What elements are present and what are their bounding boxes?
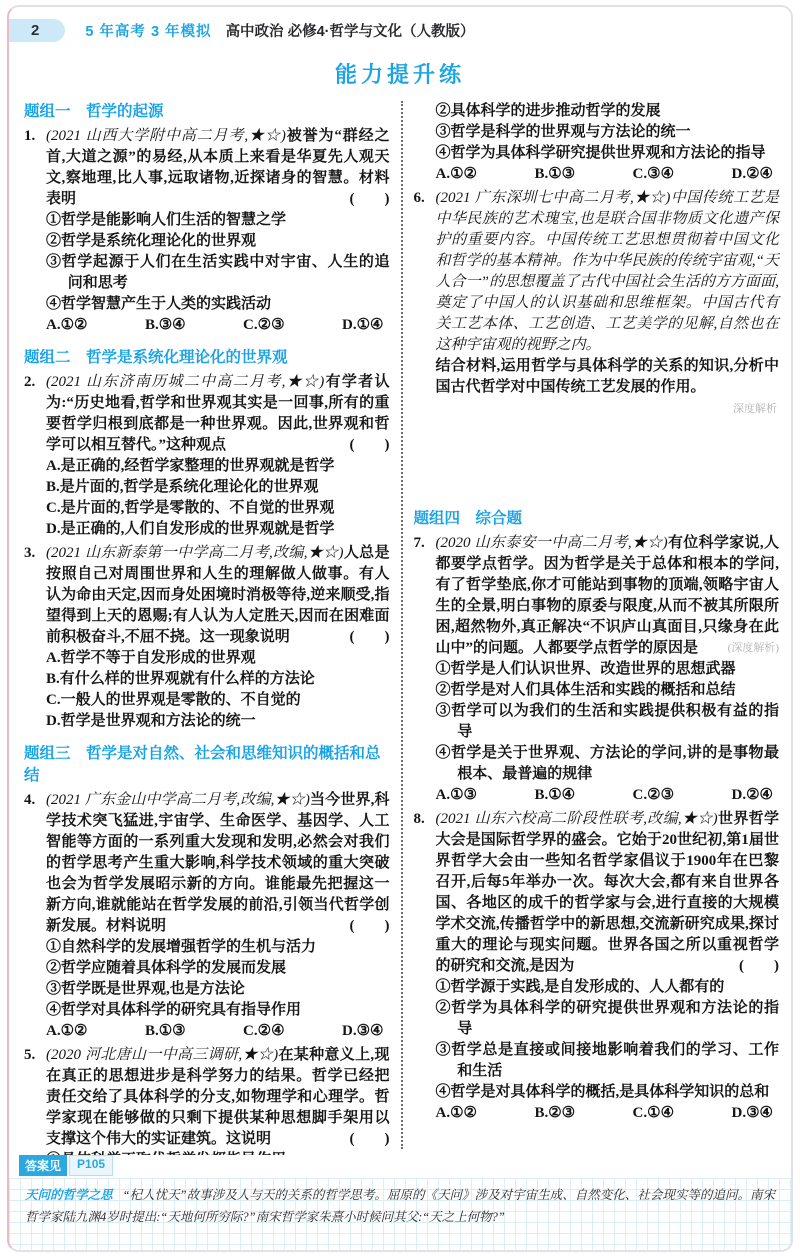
answer-bracket: ( ) [350,189,390,210]
option-d: D.①④ [342,315,383,336]
choice-item: ①哲学是能影响人们生活的智慧之学 [46,210,390,231]
option-row: A.①② B.①③ C.②④ D.③④ [46,1021,390,1042]
option-d: D.③④ [342,1021,383,1042]
choice-item: ①哲学源于实践,是自发形成的、人人都有的 [436,977,780,998]
footer-note-paragraph: 天问的哲学之思“杞人忧天”故事涉及人与天的关系的哲学思考。屈原的《天问》涉及对宇… [25,1184,775,1228]
choice-item: ③哲学起源于人们在生活实践中对宇宙、人生的追问和思考 [46,252,390,294]
option-b: B.有什么样的世界观就有什么样的方法论 [46,669,390,690]
option-row: A.①② B.②③ C.①④ D.③④ [436,1103,780,1124]
question-source: (2021 山西大学附中高二月考,★☆) [46,128,286,144]
choice-item: ①哲学是人们认识世界、改造世界的思想武器 [436,659,780,680]
page-number: 2 [9,19,65,42]
choice-item: ④哲学是关于世界观、方法论的学问,讲的是事物最根本、最普遍的规律 [436,743,780,785]
option-b: B.②③ [534,1103,575,1124]
option-d: D.②④ [731,164,772,185]
option-d: D.②④ [731,785,772,806]
left-column: 题组一 哲学的起源 1. (2021 山西大学附中高二月考,★☆)被誉为“群经之… [24,99,399,1155]
passage-text: 中国传统工艺是中华民族的艺术瑰宝,也是联合国非物质文化遗产保护的重要内容。中国传… [436,190,780,353]
answer-bracket: ( ) [350,435,390,456]
answer-bracket: ( ) [350,916,390,937]
option-a: A.①② [436,164,477,185]
question-source: (2021 山东六校高二阶段性联考,改编,★☆) [436,811,718,827]
choice-item: ④哲学智慧产生于人类的实践活动 [46,294,390,315]
option-row: A.①② B.①③ C.③④ D.②④ [436,164,780,185]
option-c: C.③④ [633,164,674,185]
question-task: 结合材料,运用哲学与具体科学的关系的知识,分析中国古代哲学对中国传统工艺发展的作… [436,356,780,398]
option-d: D.是正确的,人们自发形成的世界观就是哲学 [46,519,390,540]
question-6: 6. (2021 广东深圳七中高二月考,★☆)中国传统工艺是中华民族的艺术瑰宝,… [414,188,780,420]
choice-item: ②具体科学的进步推动哲学的发展 [436,101,780,122]
question-source: (2021 山东济南历城二中高二月考,★☆) [46,374,324,390]
page-footer: 答案见 P105 天问的哲学之思“杞人忧天”故事涉及人与天的关系的哲学思考。屈原… [9,1155,791,1250]
page-header: 2 5 年高考 3 年模拟 高中政治 必修4·哲学与文化（人教版） [9,7,791,42]
option-a: A.①② [46,315,87,336]
choice-item: ③哲学总是直接或间接地影响着我们的学习、工作和生活 [436,1040,780,1082]
series-title: 5 年高考 3 年模拟 [85,20,211,41]
answer-reference: 答案见 P105 [19,1155,791,1176]
option-c: C.②③ [633,785,674,806]
choice-item: ③哲学是科学的世界观与方法论的统一 [436,122,780,143]
column-divider [401,101,403,1149]
option-d: D.③④ [731,1103,772,1124]
book-title: 高中政治 必修4·哲学与文化（人教版） [226,20,475,41]
answer-bracket: ( ) [350,627,390,648]
question-stem: (2021 山东新泰第一中学高二月考,改编,★☆)人总是按照自己对周围世界和人生… [46,543,390,648]
question-stem: (2021 山东六校高二阶段性联考,改编,★☆)世界哲学大会是国际哲学界的盛会。… [436,809,780,977]
choice-item: ④哲学对具体科学的研究具有指导作用 [46,1000,390,1021]
question-stem: (2020 山东泰安一中高二月考,★☆)有位科学家说,人都要学点哲学。因为哲学是… [436,533,780,659]
question-source: (2021 山东新泰第一中学高二月考,改编,★☆) [46,545,344,561]
option-c: C.是片面的,哲学是零散的、不自觉的世界观 [46,498,390,519]
question-5-continued: ②具体科学的进步推动哲学的发展 ③哲学是科学的世界观与方法论的统一 ④哲学为具体… [414,101,780,185]
option-a: A.①③ [436,785,477,806]
deep-analysis-line: 深度解析 [436,398,780,420]
question-4: 4. (2021 广东金山中学高二月考,改编,★☆)当今世界,科学技术突飞猛进,… [24,790,390,1042]
question-number: 3. [24,543,35,564]
question-source: (2020 河北唐山一中高三调研,★☆) [46,1047,278,1063]
option-c: C.②④ [243,1021,284,1042]
option-c: C.②③ [243,315,284,336]
group-heading-3: 题组三 哲学是对自然、社会和思维知识的概括和总结 [24,741,390,785]
option-b: B.③④ [145,315,186,336]
choice-item: ②哲学是系统化理论化的世界观 [46,231,390,252]
group-heading-2: 题组二 哲学是系统化理论化的世界观 [24,345,390,367]
question-source: (2020 山东泰安一中高二月考,★☆) [436,535,668,551]
answer-bracket: ( ) [350,1129,390,1150]
section-title: 能力提升练 [9,58,791,89]
option-d: D.哲学是世界观和方法论的统一 [46,711,390,732]
choice-item: ①自然科学的发展增强哲学的生机与活力 [46,937,390,958]
answer-ref-page: P105 [69,1155,113,1176]
option-row: A.①② B.③④ C.②③ D.①④ [46,315,390,336]
option-row: A.①③ B.①④ C.②③ D.②④ [436,785,780,806]
group-heading-1: 题组一 哲学的起源 [24,99,390,121]
option-a: A.①② [436,1103,477,1124]
question-stem: (2021 广东金山中学高二月考,改编,★☆)当今世界,科学技术突飞猛进,宇宙学… [46,790,390,937]
question-passage: (2021 广东深圳七中高二月考,★☆)中国传统工艺是中华民族的艺术瑰宝,也是联… [436,188,780,356]
stem-text: 世界哲学大会是国际哲学界的盛会。它始于20世纪初,第1届世界哲学大会由一些知名哲… [436,811,780,974]
option-b: B.是片面的,哲学是系统化理论化的世界观 [46,477,390,498]
option-a: A.①② [46,1021,87,1042]
option-b: B.①③ [534,164,575,185]
option-c: C.一般人的世界观是零散的、不自觉的 [46,690,390,711]
question-8: 8. (2021 山东六校高二阶段性联考,改编,★☆)世界哲学大会是国际哲学界的… [414,809,780,1124]
stem-text: 当今世界,科学技术突飞猛进,宇宙学、生命医学、基因学、人工智能等方面的一系列重大… [46,792,390,934]
answer-bracket: ( ) [739,956,779,977]
option-b: B.①③ [145,1021,186,1042]
question-stem: (2021 山东济南历城二中高二月考,★☆)有学者认为:“历史地看,哲学和世界观… [46,372,390,456]
question-number: 6. [414,188,425,209]
right-column: ②具体科学的进步推动哲学的发展 ③哲学是科学的世界观与方法论的统一 ④哲学为具体… [405,99,780,1155]
choice-item: ②哲学应随着具体科学的发展而发展 [46,958,390,979]
option-b: B.①④ [534,785,575,806]
choice-item: ④哲学是对具体科学的概括,是具体科学知识的总和 [436,1082,780,1103]
note-body: “杞人忧天”故事涉及人与天的关系的哲学思考。屈原的《天问》涉及对宇宙生成、自然变… [25,1188,775,1224]
answer-ref-label: 答案见 [19,1155,67,1176]
question-stem: (2021 山西大学附中高二月考,★☆)被誉为“群经之首,大道之源”的易经,从本… [46,126,390,210]
choice-item: ④哲学为具体科学研究提供世界观和方法论的指导 [436,143,780,164]
question-5: 5. (2020 河北唐山一中高三调研,★☆)在某种意义上,现在真正的思想进步是… [24,1045,390,1155]
question-number: 4. [24,790,35,811]
question-number: 7. [414,533,425,554]
footer-note: 天问的哲学之思“杞人忧天”故事涉及人与天的关系的哲学思考。屈原的《天问》涉及对宇… [9,1178,791,1250]
group-heading-4: 题组四 综合题 [414,506,780,528]
deep-analysis-tag: 深度解析 [733,403,777,415]
deep-analysis-tag: (深度解析) [728,638,779,659]
question-number: 5. [24,1045,35,1066]
question-number: 2. [24,372,35,393]
option-a: A.哲学不等于自发形成的世界观 [46,648,390,669]
question-source: (2021 广东金山中学高二月考,改编,★☆) [46,792,310,808]
choice-item: ③哲学可以为我们的生活和实践提供积极有益的指导 [436,701,780,743]
two-column-body: 题组一 哲学的起源 1. (2021 山西大学附中高二月考,★☆)被誉为“群经之… [9,99,791,1155]
option-a: A.是正确的,经哲学家整理的世界观就是哲学 [46,456,390,477]
choice-item: ②哲学为具体科学的研究提供世界观和方法论的指导 [436,998,780,1040]
question-1: 1. (2021 山西大学附中高二月考,★☆)被誉为“群经之首,大道之源”的易经… [24,126,390,336]
choice-item: ②哲学是对人们具体生活和实践的概括和总结 [436,680,780,701]
question-source: (2021 广东深圳七中高二月考,★☆) [436,190,671,206]
choice-item: ③哲学既是世界观,也是方法论 [46,979,390,1000]
option-c: C.①④ [633,1103,674,1124]
stem-text: 有位科学家说,人都要学点哲学。因为哲学是关于总体和根本的学问,有了哲学垫底,你才… [436,535,780,656]
note-title: 天问的哲学之思 [25,1188,113,1202]
workbook-page: 2 5 年高考 3 年模拟 高中政治 必修4·哲学与文化（人教版） 能力提升练 … [7,5,793,1252]
choice-item: ①具体科学正取代哲学发挥指导作用 [46,1150,390,1155]
question-3: 3. (2021 山东新泰第一中学高二月考,改编,★☆)人总是按照自己对周围世界… [24,543,390,732]
question-number: 1. [24,126,35,147]
question-number: 8. [414,809,425,830]
question-2: 2. (2021 山东济南历城二中高二月考,★☆)有学者认为:“历史地看,哲学和… [24,372,390,540]
question-7: 7. (2020 山东泰安一中高二月考,★☆)有位科学家说,人都要学点哲学。因为… [414,533,780,806]
question-stem: (2020 河北唐山一中高三调研,★☆)在某种意义上,现在真正的思想进步是科学努… [46,1045,390,1150]
